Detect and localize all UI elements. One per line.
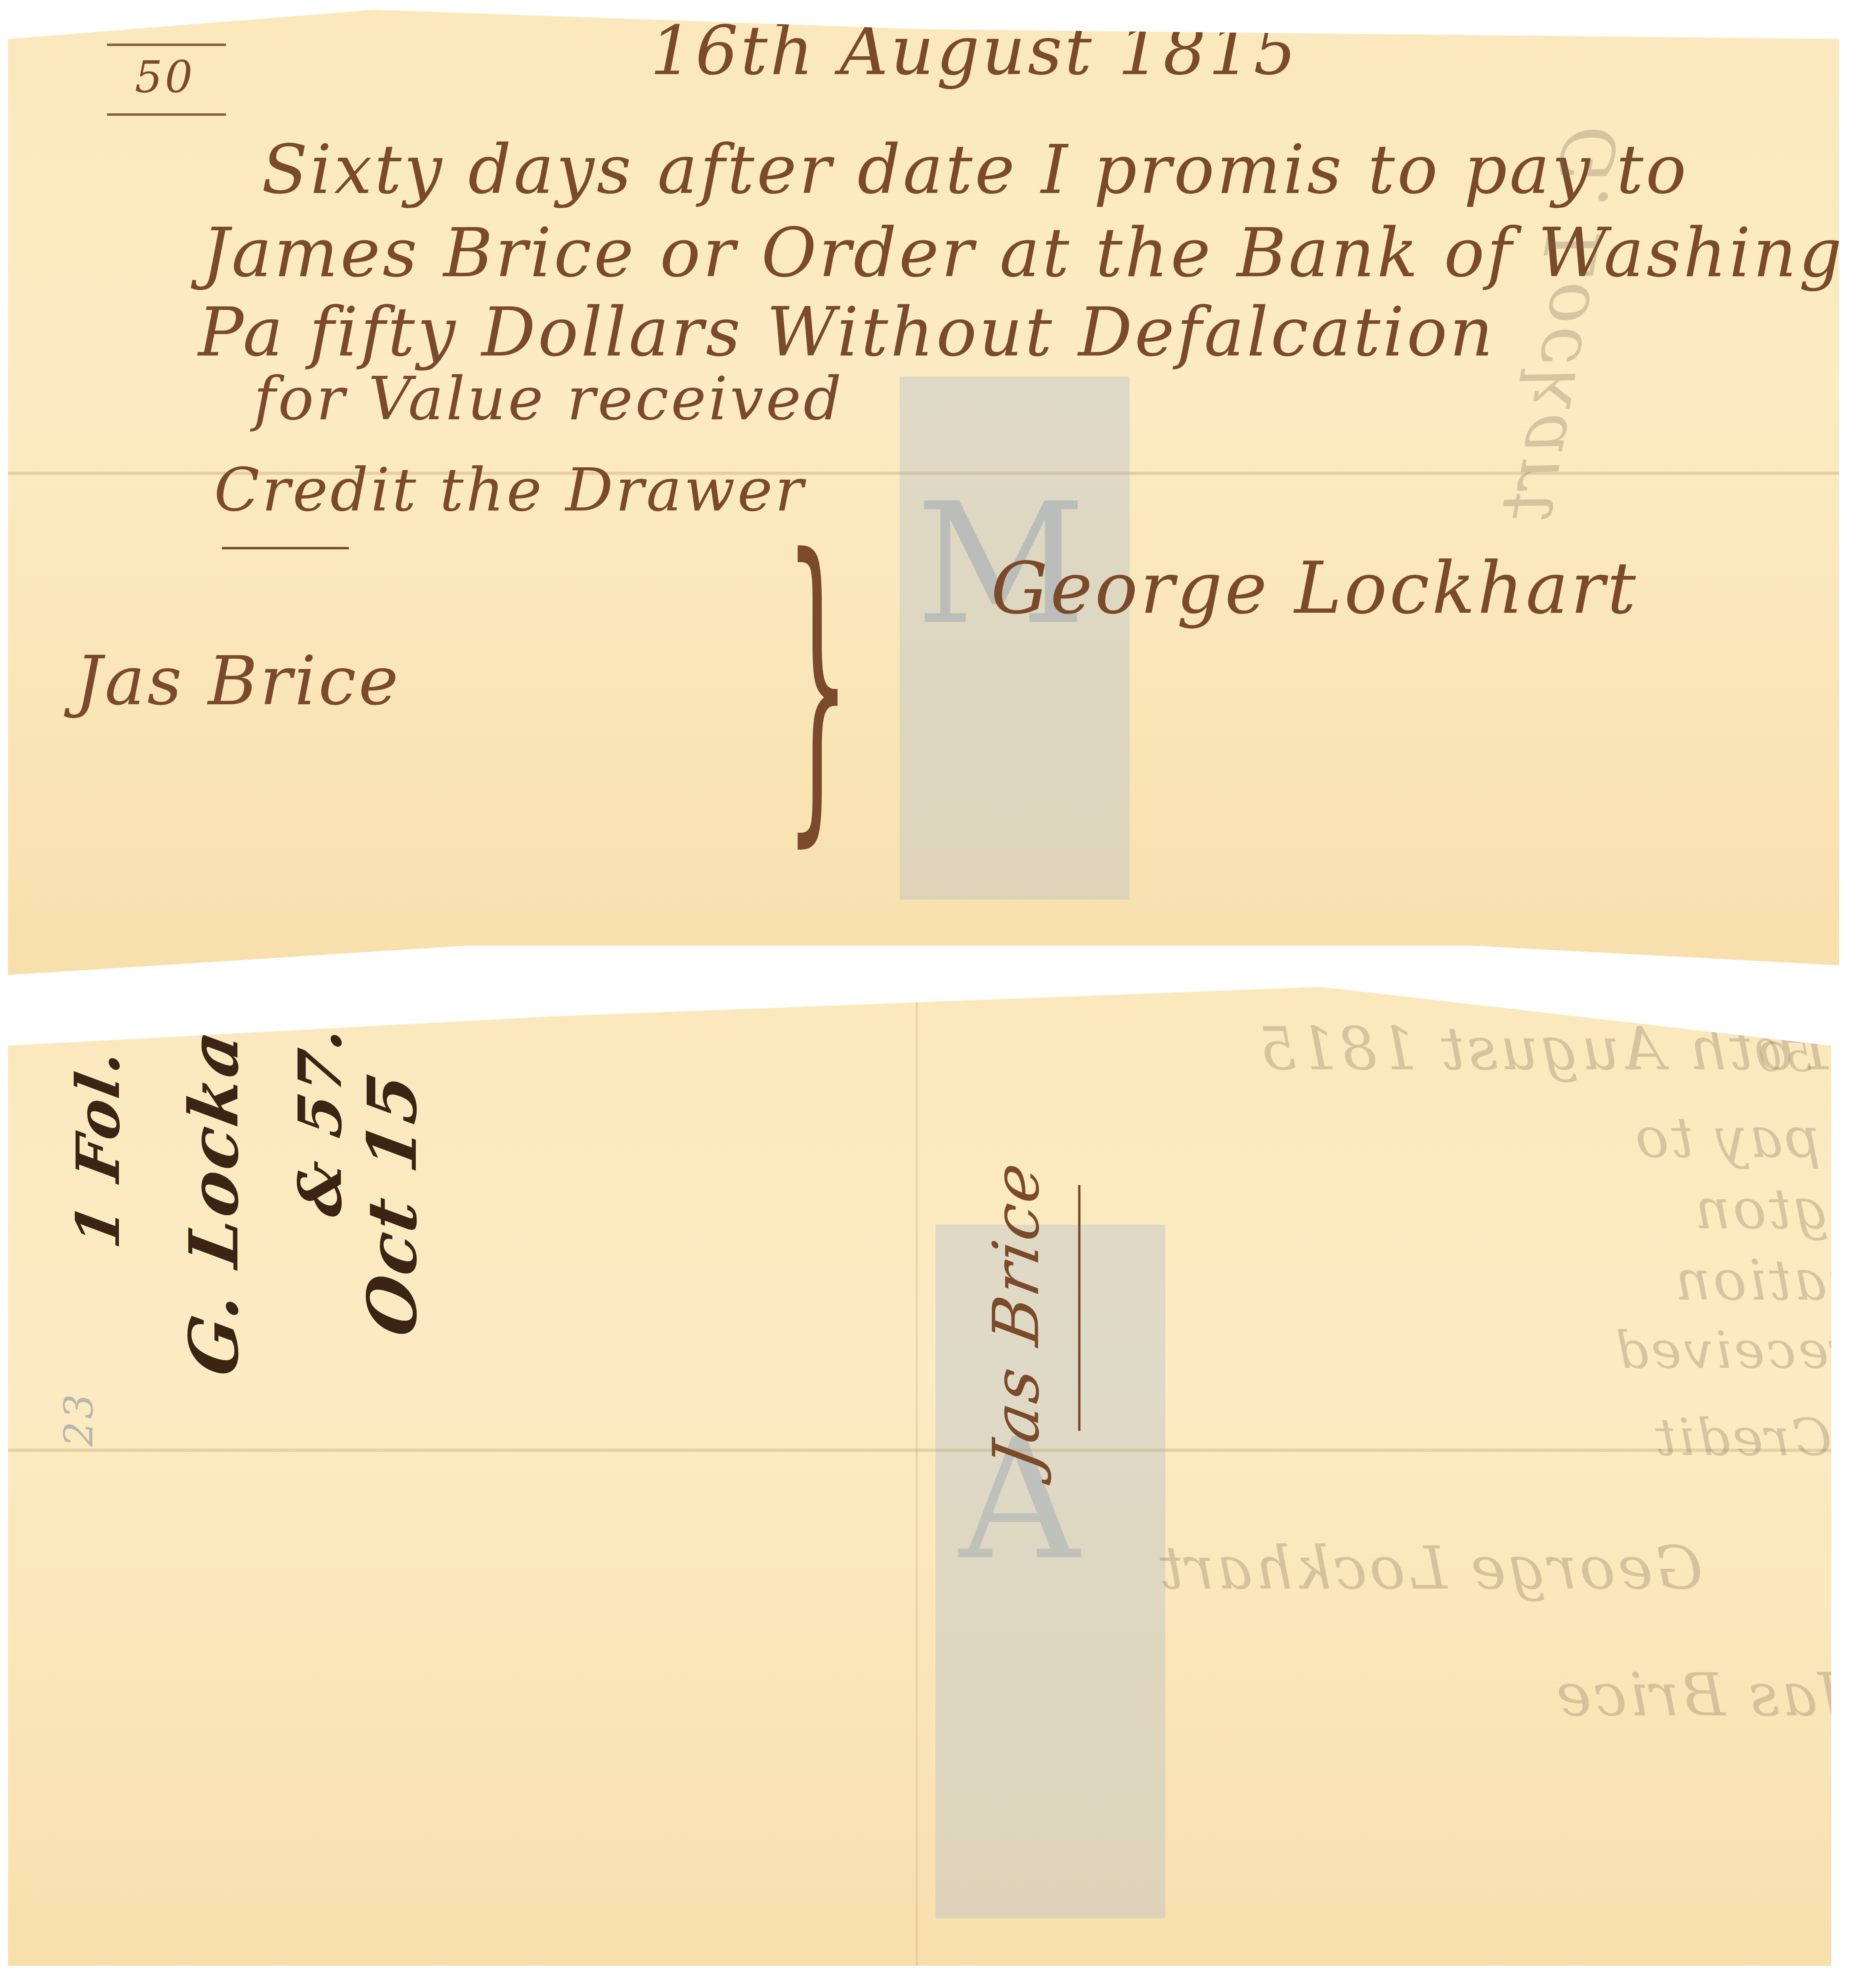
body-line-3: Pa fifty Dollars Without Defalcation [198, 293, 1495, 372]
fold-line-vertical [916, 987, 918, 1966]
payee-signature: Jas Brice [75, 642, 401, 721]
date: 16th August 1815 [650, 12, 1299, 90]
note-back: A 50 16th August 1815 Sixty days after d… [8, 987, 1831, 1966]
payee-endorsement: Jas Brice [979, 1155, 1053, 1476]
maker-signature: George Lockhart [991, 547, 1638, 630]
endorsement-line-3: & 57. [285, 1019, 355, 1221]
credit-line: Credit the Drawer [214, 456, 806, 525]
payee-endorsement-underline [1078, 1185, 1080, 1431]
bleed-line-1: Sixty days after date I promis to pay to [1633, 1106, 1831, 1170]
body-line-4: for Value received [254, 365, 844, 434]
bleed-line-2: James Brice or Order at the Bank of Wash… [1692, 1177, 1831, 1242]
body-line-1: Sixty days after date I promis to pay to [262, 131, 1689, 209]
fold-line [8, 1449, 1831, 1452]
pencil-note: 23 [55, 1388, 102, 1451]
bleed-line-3: Pa fifty Dollars Without Defalcation [1673, 1248, 1831, 1313]
note-front: M 50 16th August 1815 Sixty days after d… [8, 0, 1839, 975]
bleed-line-4: Value received [1613, 1320, 1831, 1380]
bleed-line-6: George Lockhart [1157, 1534, 1703, 1603]
bleed-line-7: Jas Brice [1554, 1661, 1831, 1730]
credit-underline [222, 547, 349, 549]
endorsement-line-1: 1 Fol. [63, 1042, 133, 1253]
brace: } [785, 491, 850, 874]
bleed-date: 16th August 1815 [1256, 1015, 1831, 1084]
bleed-line-5: Credit [1653, 1407, 1831, 1467]
endorsement-line-2: G. Lockart [174, 987, 254, 1381]
endorsement-line-4: Oct 15 [353, 1065, 432, 1342]
amount: 50 [135, 52, 195, 102]
